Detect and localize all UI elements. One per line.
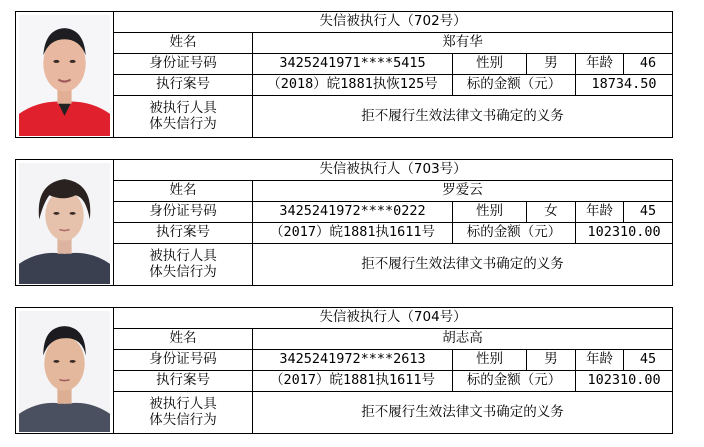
value-amount: 102310.00: [576, 371, 673, 392]
record-702: 失信被执行人（702号） 姓名 郑有华 身份证号码 3425241971****…: [15, 11, 672, 138]
value-amount: 102310.00: [576, 223, 673, 244]
value-name: 胡志高: [253, 329, 673, 350]
portrait-photo: [19, 163, 110, 284]
label-behavior-line2: 体失信行为: [114, 413, 252, 429]
value-case-number: （2018）皖1881执恢125号: [253, 75, 453, 96]
portrait-photo: [19, 15, 110, 136]
label-age: 年龄: [576, 350, 624, 371]
label-amount: 标的金额（元）: [453, 223, 576, 244]
label-gender: 性别: [453, 202, 527, 223]
portrait-photo: [19, 311, 110, 432]
value-id-number: 3425241972****0222: [253, 202, 453, 223]
record-title: 失信被执行人（702号）: [114, 12, 673, 33]
label-amount: 标的金额（元）: [453, 75, 576, 96]
record-703: 失信被执行人（703号） 姓名 罗爱云 身份证号码 3425241972****…: [15, 159, 672, 286]
record-table: 失信被执行人（703号） 姓名 罗爱云 身份证号码 3425241972****…: [15, 159, 673, 286]
label-name: 姓名: [114, 33, 253, 54]
label-amount: 标的金额（元）: [453, 371, 576, 392]
photo-cell: [16, 160, 114, 286]
label-behavior: 被执行人具 体失信行为: [114, 392, 253, 434]
value-name: 罗爱云: [253, 181, 673, 202]
value-name: 郑有华: [253, 33, 673, 54]
value-behavior: 拒不履行生效法律文书确定的义务: [253, 392, 673, 434]
label-name: 姓名: [114, 181, 253, 202]
label-behavior-line1: 被执行人具: [114, 397, 252, 413]
record-704: 失信被执行人（704号） 姓名 胡志高 身份证号码 3425241972****…: [15, 307, 672, 434]
value-behavior: 拒不履行生效法律文书确定的义务: [253, 96, 673, 138]
label-id-number: 身份证号码: [114, 202, 253, 223]
label-gender: 性别: [453, 350, 527, 371]
value-behavior: 拒不履行生效法律文书确定的义务: [253, 244, 673, 286]
label-id-number: 身份证号码: [114, 54, 253, 75]
label-behavior: 被执行人具 体失信行为: [114, 244, 253, 286]
label-case-number: 执行案号: [114, 223, 253, 244]
label-id-number: 身份证号码: [114, 350, 253, 371]
label-behavior-line1: 被执行人具: [114, 101, 252, 117]
value-gender: 男: [527, 350, 576, 371]
label-behavior-line2: 体失信行为: [114, 265, 252, 281]
value-id-number: 3425241972****2613: [253, 350, 453, 371]
label-age: 年龄: [576, 54, 624, 75]
label-behavior-line2: 体失信行为: [114, 117, 252, 133]
label-gender: 性别: [453, 54, 527, 75]
value-age: 45: [624, 350, 673, 371]
record-table: 失信被执行人（704号） 姓名 胡志高 身份证号码 3425241972****…: [15, 307, 673, 434]
label-behavior-line1: 被执行人具: [114, 249, 252, 265]
record-title: 失信被执行人（704号）: [114, 308, 673, 329]
record-table: 失信被执行人（702号） 姓名 郑有华 身份证号码 3425241971****…: [15, 11, 673, 138]
value-age: 45: [624, 202, 673, 223]
label-case-number: 执行案号: [114, 371, 253, 392]
photo-cell: [16, 12, 114, 138]
value-case-number: （2017）皖1881执1611号: [253, 371, 453, 392]
label-case-number: 执行案号: [114, 75, 253, 96]
photo-cell: [16, 308, 114, 434]
value-age: 46: [624, 54, 673, 75]
value-gender: 男: [527, 54, 576, 75]
label-age: 年龄: [576, 202, 624, 223]
value-amount: 18734.50: [576, 75, 673, 96]
label-behavior: 被执行人具 体失信行为: [114, 96, 253, 138]
value-case-number: （2017）皖1881执1611号: [253, 223, 453, 244]
value-id-number: 3425241971****5415: [253, 54, 453, 75]
record-title: 失信被执行人（703号）: [114, 160, 673, 181]
label-name: 姓名: [114, 329, 253, 350]
value-gender: 女: [527, 202, 576, 223]
